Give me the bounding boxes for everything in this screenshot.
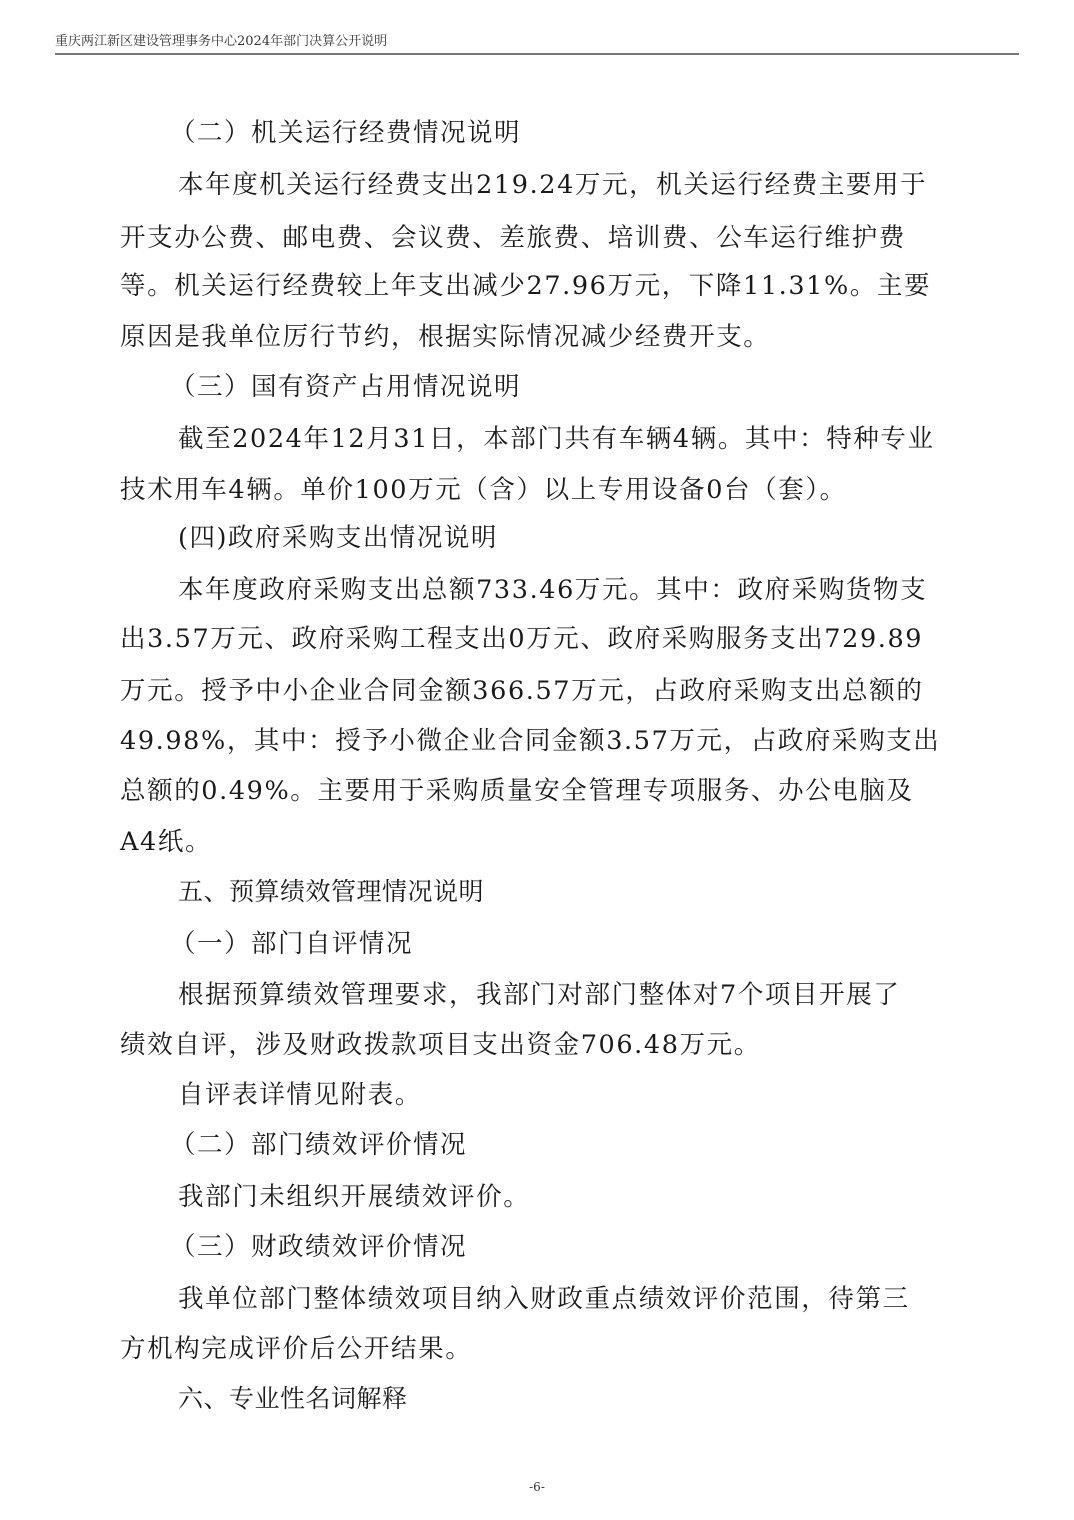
paragraph-line: 我单位部门整体绩效项目纳入财政重点绩效评价范围，待第三 [178, 1284, 910, 1314]
paragraph-line: 本年度机关运行经费支出219.24万元，机关运行经费主要用于 [178, 170, 927, 200]
section-heading-terminology: 六、专业性名词解释 [178, 1384, 408, 1414]
paragraph-line: 我部门未组织开展绩效评价。 [178, 1182, 530, 1212]
paragraph-line: 总额的0.49%。主要用于采购质量安全管理专项服务、办公电脑及 [120, 776, 914, 806]
section-heading-operating-costs: （二）机关运行经费情况说明 [170, 118, 521, 148]
paragraph-line: 49.98%，其中：授予小微企业合同金额3.57万元，占政府采购支出 [120, 726, 940, 756]
paragraph-line: 万元。授予中小企业合同金额366.57万元，占政府采购支出总额的 [120, 676, 923, 706]
paragraph-line: 本年度政府采购支出总额733.46万元。其中：政府采购货物支 [178, 575, 927, 605]
paragraph-line: A4纸。 [120, 827, 212, 857]
section-heading-self-evaluation: （一）部门自评情况 [170, 929, 413, 959]
section-heading-performance-management: 五、预算绩效管理情况说明 [178, 877, 484, 907]
paragraph-line: 开支办公费、邮电费、会议费、差旅费、培训费、公车运行维护费 [120, 223, 906, 253]
section-heading-department-evaluation: （二）部门绩效评价情况 [170, 1130, 467, 1160]
document-header-title: 重庆两江新区建设管理事务中心2024年部门决算公开说明 [55, 30, 387, 49]
header-divider [55, 53, 1019, 55]
paragraph-line: 方机构完成评价后公开结果。 [120, 1334, 472, 1364]
paragraph-line: 出3.57万元、政府采购工程支出0万元、政府采购服务支出729.89 [120, 624, 923, 654]
paragraph-line: 绩效自评，涉及财政拨款项目支出资金706.48万元。 [120, 1030, 761, 1060]
paragraph-line: 技术用车4辆。单价100万元（含）以上专用设备0台（套）。 [120, 475, 847, 505]
paragraph-line: 根据预算绩效管理要求，我部门对部门整体对7个项目开展了 [178, 980, 900, 1010]
paragraph-line: 截至2024年12月31日，本部门共有车辆4辆。其中：特种专业 [178, 424, 935, 454]
paragraph-line: 自评表详情见附表。 [178, 1080, 422, 1110]
section-heading-procurement: (四)政府采购支出情况说明 [178, 523, 498, 553]
page-number: -6- [0, 1480, 1074, 1494]
paragraph-line: 等。机关运行经费较上年支出减少27.96万元，下降11.31%。主要 [120, 271, 931, 301]
section-heading-fiscal-evaluation: （三）财政绩效评价情况 [170, 1232, 467, 1262]
section-heading-state-assets: （三）国有资产占用情况说明 [170, 372, 521, 402]
paragraph-line: 原因是我单位厉行节约，根据实际情况减少经费开支。 [120, 322, 770, 352]
